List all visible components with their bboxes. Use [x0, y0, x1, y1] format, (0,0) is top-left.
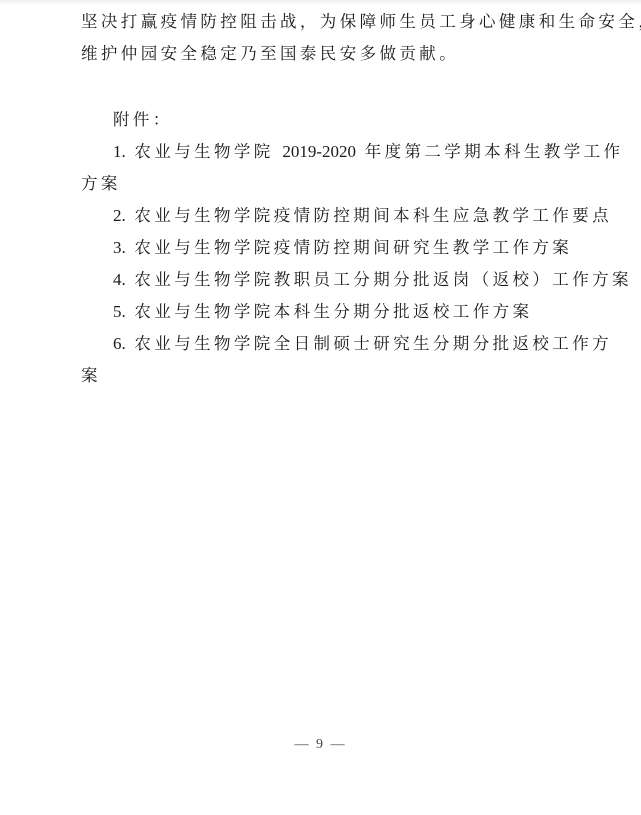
attachment-item-4: 4. 农业与生物学院教职员工分期分批返岗（返校）工作方案: [113, 270, 613, 290]
attachment-text: 农业与生物学院教职员工分期分批返岗（返校）工作方案: [134, 270, 632, 289]
attachment-number: 6.: [113, 334, 126, 353]
attachment-text: 农业与生物学院疫情防控期间本科生应急教学工作要点: [134, 206, 612, 225]
attachment-item-1-continuation: 方案: [81, 174, 581, 194]
attachment-text: 农业与生物学院疫情防控期间研究生教学工作方案: [134, 238, 572, 257]
attachment-number: 5.: [113, 302, 126, 321]
attachment-item-6: 6. 农业与生物学院全日制硕士研究生分期分批返校工作方: [113, 334, 613, 354]
attachments-heading: 附件：: [113, 110, 613, 130]
attachment-text: 农业与生物学院本科生分期分批返校工作方案: [134, 302, 532, 321]
page-number: — 9 —: [0, 737, 641, 753]
attachment-item-6-continuation: 案: [81, 366, 581, 386]
page-top-shadow: [0, 0, 641, 6]
attachment-number: 4.: [113, 270, 126, 289]
attachment-text-suffix: 年度第二学期本科生教学工作: [365, 142, 624, 161]
attachment-text: 农业与生物学院: [134, 142, 273, 161]
body-text-line-2: 维护仲园安全稳定乃至国泰民安多做贡献。: [81, 44, 581, 64]
attachment-item-1: 1. 农业与生物学院 2019-2020 年度第二学期本科生教学工作: [113, 142, 613, 162]
attachment-number: 3.: [113, 238, 126, 257]
attachment-year: 2019-2020: [282, 142, 356, 161]
attachment-text: 农业与生物学院全日制硕士研究生分期分批返校工作方: [134, 334, 612, 353]
attachment-item-5: 5. 农业与生物学院本科生分期分批返校工作方案: [113, 302, 613, 322]
body-text-line-1: 坚决打赢疫情防控阻击战，为保障师生员工身心健康和生命安全，: [81, 12, 581, 32]
attachment-number: 1.: [113, 142, 126, 161]
attachment-item-3: 3. 农业与生物学院疫情防控期间研究生教学工作方案: [113, 238, 613, 258]
attachment-number: 2.: [113, 206, 126, 225]
attachment-item-2: 2. 农业与生物学院疫情防控期间本科生应急教学工作要点: [113, 206, 613, 226]
